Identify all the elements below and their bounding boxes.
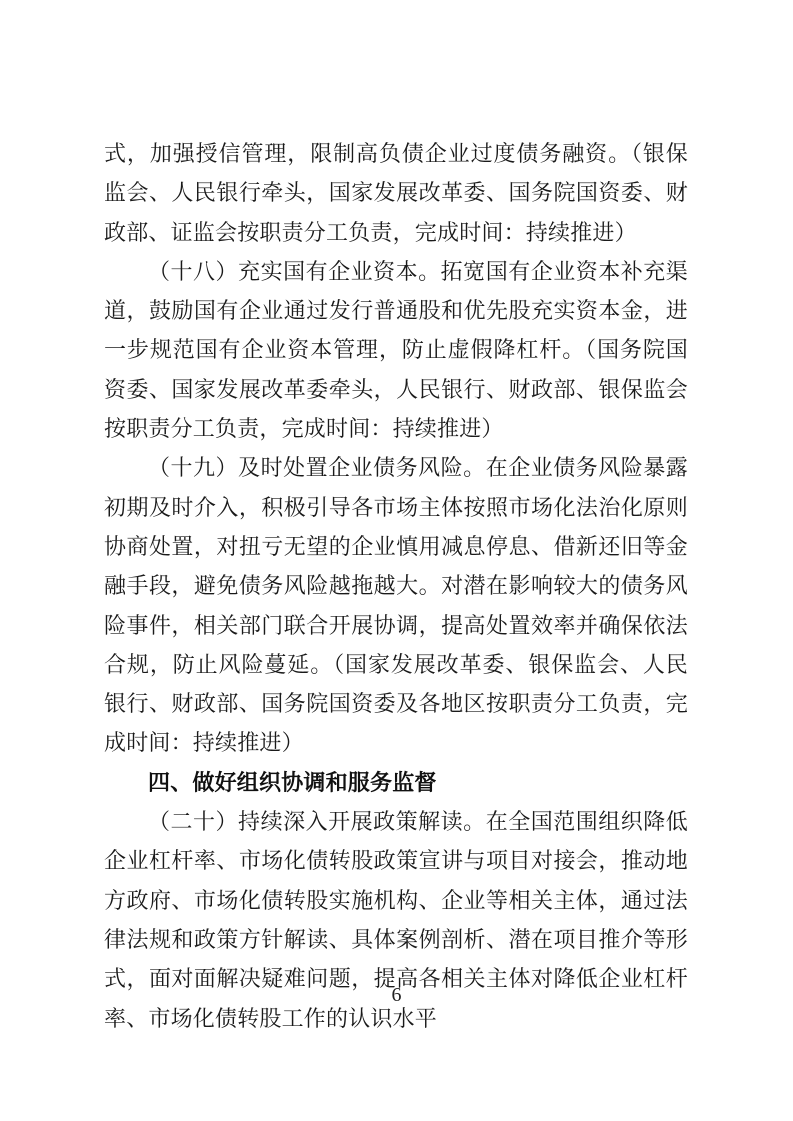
page-number: 6 [0,982,793,1008]
paragraph-item-18: （十八）充实国有企业资本。拓宽国有企业资本补充渠道，鼓励国有企业通过发行普通股和… [104,252,688,448]
document-page: 式，加强授信管理，限制高负债企业过度债务融资。（银保监会、人民银行牵头，国家发展… [0,0,793,1121]
paragraph-item-19: （十九）及时处置企业债务风险。在企业债务风险暴露初期及时介入，积极引导各市场主体… [104,448,688,762]
section-heading: 四、做好组织协调和服务监督 [104,763,688,802]
document-body: 式，加强授信管理，限制高负债企业过度债务融资。（银保监会、人民银行牵头，国家发展… [104,134,688,1038]
paragraph-continuation: 式，加强授信管理，限制高负债企业过度债务融资。（银保监会、人民银行牵头，国家发展… [104,134,688,252]
